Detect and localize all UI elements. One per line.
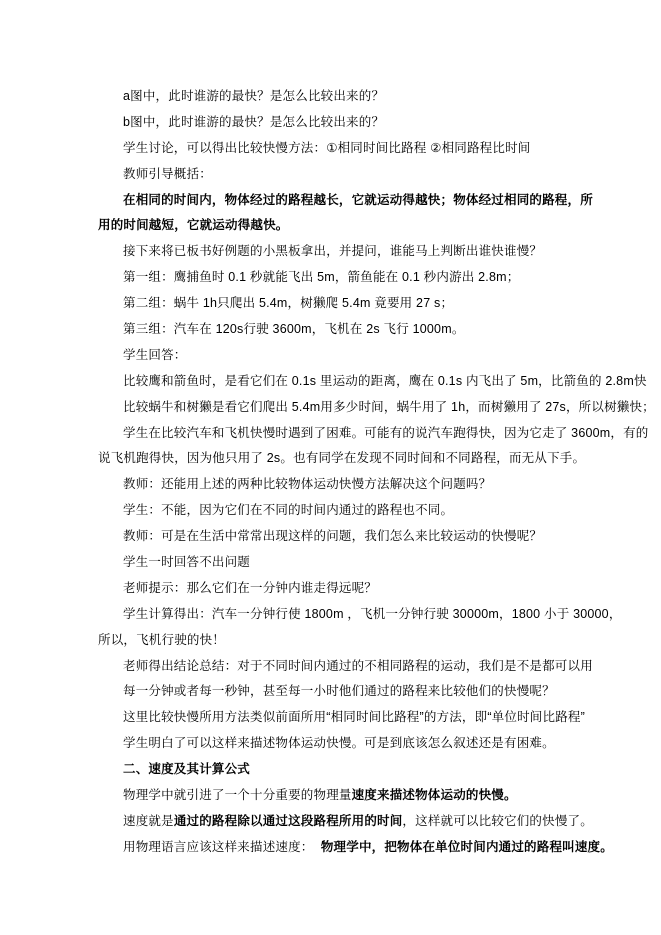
text-line: 二、速度及其计算公式 bbox=[98, 757, 618, 783]
text-segment: 学生在比较汽车和飞机快慢时遇到了困难。可能有的说汽车跑得快，因为它走了 3600… bbox=[123, 426, 649, 440]
text-line: 教师：可是在生活中常常出现这样的问题，我们怎么来比较运动的快慢呢？ bbox=[98, 524, 618, 550]
text-line: 用物理语言应该这样来描述速度： 物理学中，把物体在单位时间内通过的路程叫速度。 bbox=[98, 835, 618, 861]
text-line: 学生明白了可以这样来描述物体运动快慢。可是到底该怎么叙述还是有困难。 bbox=[98, 731, 618, 757]
text-segment: 学生回答： bbox=[123, 348, 187, 362]
text-segment: 每一分钟或者每一秒钟，甚至每一小时他们通过的路程来比较他们的快慢呢？ bbox=[123, 684, 555, 698]
text-segment-bold: 二、速度及其计算公式 bbox=[123, 762, 250, 776]
text-segment: 老师提示：那么它们在一分钟内谁走得远呢？ bbox=[123, 581, 377, 595]
text-segment: 学生：不能，因为它们在不同的时间内通过的路程也不同。 bbox=[123, 503, 453, 517]
text-segment: 教师引导概括： bbox=[123, 167, 212, 181]
document-page: a图中，此时谁游的最快？是怎么比较出来的？b图中，此时谁游的最快？是怎么比较出来… bbox=[0, 0, 661, 935]
text-segment: 学生讨论，可以得出比较快慢方法：①相同时间比路程 ②相同路程比时间 bbox=[123, 141, 531, 155]
text-segment: 用物理语言应该这样来描述速度： bbox=[123, 840, 321, 854]
text-line: 接下来将已板书好例题的小黑板拿出，并提问，谁能马上判断出谁快谁慢？ bbox=[98, 239, 618, 265]
text-segment: ，这样就可以比较它们的快慢了。 bbox=[402, 814, 593, 828]
text-segment: 第二组：蜗牛 1h只爬出 5.4m，树獭爬 5.4m 竟要用 27 s； bbox=[123, 296, 453, 310]
text-line: 这里比较快慢所用方法类似前面所用“相同时间比路程”的方法，即“单位时间比路程” bbox=[98, 705, 618, 731]
text-segment: b图中，此时谁游的最快？是怎么比较出来的？ bbox=[123, 115, 384, 129]
text-line: a图中，此时谁游的最快？是怎么比较出来的？ bbox=[98, 84, 618, 110]
text-segment-bold: 通过的路程除以通过这段路程所用的时间 bbox=[174, 814, 403, 828]
text-line: 教师：还能用上述的两种比较物体运动快慢方法解决这个问题吗？ bbox=[98, 472, 618, 498]
text-line: 学生：不能，因为它们在不同的时间内通过的路程也不同。 bbox=[98, 498, 618, 524]
text-segment: 学生一时回答不出问题 bbox=[123, 555, 250, 569]
text-segment: 教师：可是在生活中常常出现这样的问题，我们怎么来比较运动的快慢呢？ bbox=[123, 529, 542, 543]
text-line: 学生讨论，可以得出比较快慢方法：①相同时间比路程 ②相同路程比时间 bbox=[98, 136, 618, 162]
document-body: a图中，此时谁游的最快？是怎么比较出来的？b图中，此时谁游的最快？是怎么比较出来… bbox=[98, 84, 618, 861]
text-line: 老师提示：那么它们在一分钟内谁走得远呢？ bbox=[98, 576, 618, 602]
text-line: 速度就是通过的路程除以通过这段路程所用的时间，这样就可以比较它们的快慢了。 bbox=[98, 809, 618, 835]
text-segment: 物理学中就引进了一个十分重要的物理量 bbox=[123, 788, 352, 802]
text-line: 说飞机跑得快，因为他只用了 2s。也有同学在发现不同时间和不同路程，而无从下手。 bbox=[98, 446, 618, 472]
text-line: 第二组：蜗牛 1h只爬出 5.4m，树獭爬 5.4m 竟要用 27 s； bbox=[98, 291, 618, 317]
text-line: 所以，飞机行驶的快！ bbox=[98, 628, 618, 654]
text-line: b图中，此时谁游的最快？是怎么比较出来的？ bbox=[98, 110, 618, 136]
text-line: 在相同的时间内，物体经过的路程越长，它就运动得越快；物体经过相同的路程，所 bbox=[98, 188, 618, 214]
text-segment: 第三组：汽车在 120s行驶 3600m，飞机在 2s 飞行 1000m。 bbox=[123, 322, 465, 336]
text-line: 每一分钟或者每一秒钟，甚至每一小时他们通过的路程来比较他们的快慢呢？ bbox=[98, 679, 618, 705]
text-segment: 所以，飞机行驶的快！ bbox=[98, 633, 225, 647]
text-line: 第一组：鹰捕鱼时 0.1 秒就能飞出 5m，箭鱼能在 0.1 秒内游出 2.8m… bbox=[98, 265, 618, 291]
text-line: 学生一时回答不出问题 bbox=[98, 550, 618, 576]
text-segment: 学生计算得出：汽车一分钟行使 1800m ，飞机一分钟行驶 30000m，180… bbox=[123, 607, 622, 621]
text-line: 学生在比较汽车和飞机快慢时遇到了困难。可能有的说汽车跑得快，因为它走了 3600… bbox=[98, 421, 618, 447]
text-line: 老师得出结论总结：对于不同时间内通过的不相同路程的运动，我们是不是都可以用 bbox=[98, 654, 618, 680]
text-segment: 接下来将已板书好例题的小黑板拿出，并提问，谁能马上判断出谁快谁慢？ bbox=[123, 244, 542, 258]
text-segment-bold: 用的时间越短，它就运动得越快。 bbox=[98, 218, 289, 232]
text-line: 教师引导概括： bbox=[98, 162, 618, 188]
text-segment: 速度就是 bbox=[123, 814, 174, 828]
text-segment: 第一组：鹰捕鱼时 0.1 秒就能飞出 5m，箭鱼能在 0.1 秒内游出 2.8m… bbox=[123, 270, 519, 284]
text-line: 第三组：汽车在 120s行驶 3600m，飞机在 2s 飞行 1000m。 bbox=[98, 317, 618, 343]
text-line: 学生计算得出：汽车一分钟行使 1800m ，飞机一分钟行驶 30000m，180… bbox=[98, 602, 618, 628]
text-segment: 老师得出结论总结：对于不同时间内通过的不相同路程的运动，我们是不是都可以用 bbox=[123, 659, 593, 673]
text-segment: 说飞机跑得快，因为他只用了 2s。也有同学在发现不同时间和不同路程，而无从下手。 bbox=[98, 451, 585, 465]
text-line: 比较蜗牛和树獭是看它们爬出 5.4m用多少时间，蜗牛用了 1h，而树獭用了 27… bbox=[98, 395, 618, 421]
text-line: 用的时间越短，它就运动得越快。 bbox=[98, 213, 618, 239]
text-segment: a图中，此时谁游的最快？是怎么比较出来的？ bbox=[123, 89, 384, 103]
text-line: 学生回答： bbox=[98, 343, 618, 369]
text-segment: 教师：还能用上述的两种比较物体运动快慢方法解决这个问题吗？ bbox=[123, 477, 491, 491]
text-segment: 比较蜗牛和树獭是看它们爬出 5.4m用多少时间，蜗牛用了 1h，而树獭用了 27… bbox=[123, 400, 655, 414]
text-segment-bold: 速度来描述物体运动的快慢。 bbox=[352, 788, 517, 802]
text-segment: 这里比较快慢所用方法类似前面所用“相同时间比路程”的方法，即“单位时间比路程” bbox=[123, 710, 585, 724]
text-segment: 比较鹰和箭鱼时，是看它们在 0.1s 里运动的距离，鹰在 0.1s 内飞出了 5… bbox=[123, 374, 647, 388]
text-segment-bold: 在相同的时间内，物体经过的路程越长，它就运动得越快；物体经过相同的路程，所 bbox=[123, 193, 593, 207]
text-line: 比较鹰和箭鱼时，是看它们在 0.1s 里运动的距离，鹰在 0.1s 内飞出了 5… bbox=[98, 369, 618, 395]
text-segment-bold: 物理学中，把物体在单位时间内通过的路程叫速度。 bbox=[321, 840, 613, 854]
text-line: 物理学中就引进了一个十分重要的物理量速度来描述物体运动的快慢。 bbox=[98, 783, 618, 809]
text-segment: 学生明白了可以这样来描述物体运动快慢。可是到底该怎么叙述还是有困难。 bbox=[123, 736, 555, 750]
